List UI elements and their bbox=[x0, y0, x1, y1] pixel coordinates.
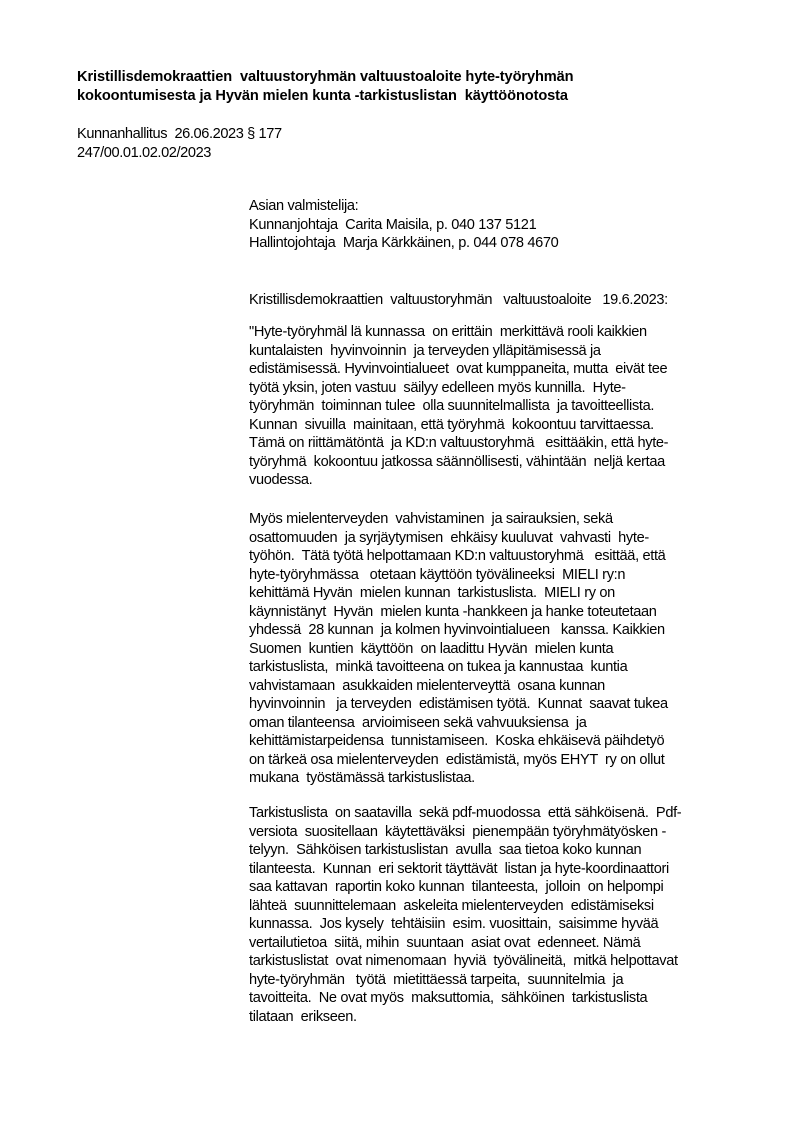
paragraph-line: vertailutietoa siitä, mihin suuntaan asi… bbox=[249, 934, 681, 953]
paragraph-line: "Hyte-työryhmäl lä kunnassa on erittäin … bbox=[249, 323, 668, 342]
paragraph-2: Myös mielenterveyden vahvistaminen ja sa… bbox=[249, 510, 668, 788]
paragraph-line: Tämä on riittämätöntä ja KD:n valtuustor… bbox=[249, 434, 668, 453]
document-page: Kristillisdemokraattien valtuustoryhmän … bbox=[0, 0, 794, 1122]
title-line: kokoontumisesta ja Hyvän mielen kunta -t… bbox=[77, 87, 574, 106]
title-line: Kristillisdemokraattien valtuustoryhmän … bbox=[77, 68, 574, 87]
paragraph-line: yhdessä 28 kunnan ja kolmen hyvinvointia… bbox=[249, 621, 668, 640]
paragraph-line: työryhmä kokoontuu jatkossa säännöllises… bbox=[249, 453, 668, 472]
paragraph-line: työtä yksin, joten vastuu säilyy edellee… bbox=[249, 379, 668, 398]
paragraph-line: tilanteesta. Kunnan eri sektorit täyttäv… bbox=[249, 860, 681, 879]
paragraph-line: versiota suositellaan käytettäväksi pien… bbox=[249, 823, 681, 842]
paragraph-line: tarkistuslista, minkä tavoitteena on tuk… bbox=[249, 658, 668, 677]
intro-line: Kristillisdemokraattien valtuustoryhmän … bbox=[249, 291, 668, 310]
paragraph-line: kehittämä Hyvän mielen kunnan tarkistusl… bbox=[249, 584, 668, 603]
paragraph-line: työhön. Tätä työtä helpottamaan KD:n val… bbox=[249, 547, 668, 566]
preparer-label: Asian valmistelija: bbox=[249, 197, 558, 216]
paragraph-line: telyyn. Sähköisen tarkistuslistan avulla… bbox=[249, 841, 681, 860]
preparer-person: Hallintojohtaja Marja Kärkkäinen, p. 044… bbox=[249, 234, 558, 253]
paragraph-line: mukana työstämässä tarkistuslistaa. bbox=[249, 769, 668, 788]
paragraph-line: hyte-työryhmässa otetaan käyttöön työväl… bbox=[249, 566, 668, 585]
paragraph-line: edistämisessä. Hyvinvointialueet ovat ku… bbox=[249, 360, 668, 379]
paragraph-line: oman tilanteensa arvioimiseen sekä vahvu… bbox=[249, 714, 668, 733]
paragraph-line: hyte-työryhmän työtä mietittäessä tarpei… bbox=[249, 971, 681, 990]
initiative-intro: Kristillisdemokraattien valtuustoryhmän … bbox=[249, 291, 668, 310]
meeting-meta: Kunnanhallitus 26.06.2023 § 177 247/00.0… bbox=[77, 125, 282, 163]
paragraph-line: hyvinvoinnin ja terveyden edistämisen ty… bbox=[249, 695, 668, 714]
paragraph-line: Myös mielenterveyden vahvistaminen ja sa… bbox=[249, 510, 668, 529]
paragraph-line: tavoitteita. Ne ovat myös maksuttomia, s… bbox=[249, 989, 681, 1008]
paragraph-line: Kunnan sivuilla mainitaan, että työryhmä… bbox=[249, 416, 668, 435]
meeting-line: Kunnanhallitus 26.06.2023 § 177 bbox=[77, 125, 282, 144]
paragraph-line: Tarkistuslista on saatavilla sekä pdf-mu… bbox=[249, 804, 681, 823]
paragraph-line: kuntalaisten hyvinvoinnin ja terveyden y… bbox=[249, 342, 668, 361]
paragraph-line: kunnassa. Jos kysely tehtäisiin esim. vu… bbox=[249, 915, 681, 934]
paragraph-line: lähteä suunnittelemaan askeleita mielent… bbox=[249, 897, 681, 916]
paragraph-line: työryhmän toiminnan tulee olla suunnitel… bbox=[249, 397, 668, 416]
paragraph-1: "Hyte-työryhmäl lä kunnassa on erittäin … bbox=[249, 323, 668, 490]
paragraph-line: vahvistamaan asukkaiden mielenterveyttä … bbox=[249, 677, 668, 696]
paragraph-line: tarkistuslistat ovat nimenomaan hyviä ty… bbox=[249, 952, 681, 971]
paragraph-line: käynnistänyt Hyvän mielen kunta -hankkee… bbox=[249, 603, 668, 622]
preparer-person: Kunnanjohtaja Carita Maisila, p. 040 137… bbox=[249, 216, 558, 235]
paragraph-line: tilataan erikseen. bbox=[249, 1008, 681, 1027]
paragraph-3: Tarkistuslista on saatavilla sekä pdf-mu… bbox=[249, 804, 681, 1026]
paragraph-line: vuodessa. bbox=[249, 471, 668, 490]
preparer-block: Asian valmistelija: Kunnanjohtaja Carita… bbox=[249, 197, 558, 253]
document-title: Kristillisdemokraattien valtuustoryhmän … bbox=[77, 68, 574, 106]
paragraph-line: osattomuuden ja syrjäytymisen ehkäisy ku… bbox=[249, 529, 668, 548]
paragraph-line: on tärkeä osa mielenterveyden edistämist… bbox=[249, 751, 668, 770]
paragraph-line: kehittämistarpeidensa tunnistamiseen. Ko… bbox=[249, 732, 668, 751]
paragraph-line: saa kattavan raportin koko kunnan tilant… bbox=[249, 878, 681, 897]
record-number: 247/00.01.02.02/2023 bbox=[77, 144, 282, 163]
paragraph-line: Suomen kuntien käyttöön on laadittu Hyvä… bbox=[249, 640, 668, 659]
